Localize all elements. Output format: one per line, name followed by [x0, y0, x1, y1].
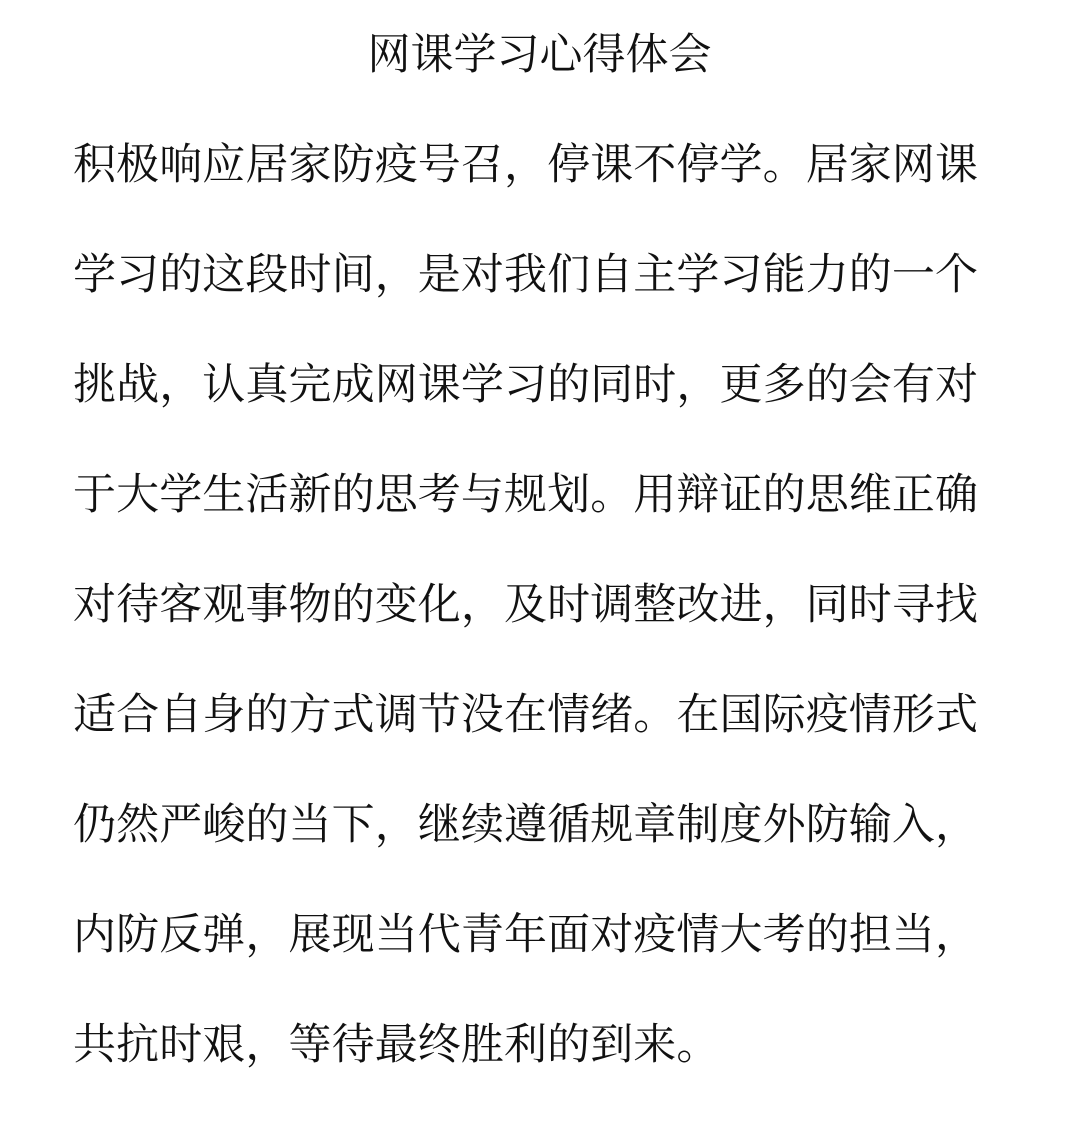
paragraph-line: 挑战，认真完成网课学习的同时，更多的会有对 — [73, 330, 979, 440]
paragraph-line: 仍然严峻的当下，继续遵循规章制度外防输入， — [73, 770, 979, 880]
paragraph-line: 于大学生活新的思考与规划。用辩证的思维正确 — [73, 440, 979, 550]
paragraph-line: 学习的这段时间，是对我们自主学习能力的一个 — [73, 220, 979, 330]
paragraph-line: 适合自身的方式调节没在情绪。在国际疫情形式 — [73, 660, 979, 770]
paragraph-line: 内防反弹，展现当代青年面对疫情大考的担当， — [73, 880, 979, 990]
paragraph-line: 积极响应居家防疫号召，停课不停学。居家网课 — [73, 110, 979, 220]
paragraph-line: 共抗时艰，等待最终胜利的到来。 — [73, 990, 979, 1100]
document-page: 网课学习心得体会 积极响应居家防疫号召，停课不停学。居家网课 学习的这段时间，是… — [0, 0, 1079, 1127]
document-body: 积极响应居家防疫号召，停课不停学。居家网课 学习的这段时间，是对我们自主学习能力… — [0, 110, 979, 1100]
paragraph-line: 对待客观事物的变化，及时调整改进，同时寻找 — [73, 550, 979, 660]
document-title: 网课学习心得体会 — [0, 0, 1079, 110]
